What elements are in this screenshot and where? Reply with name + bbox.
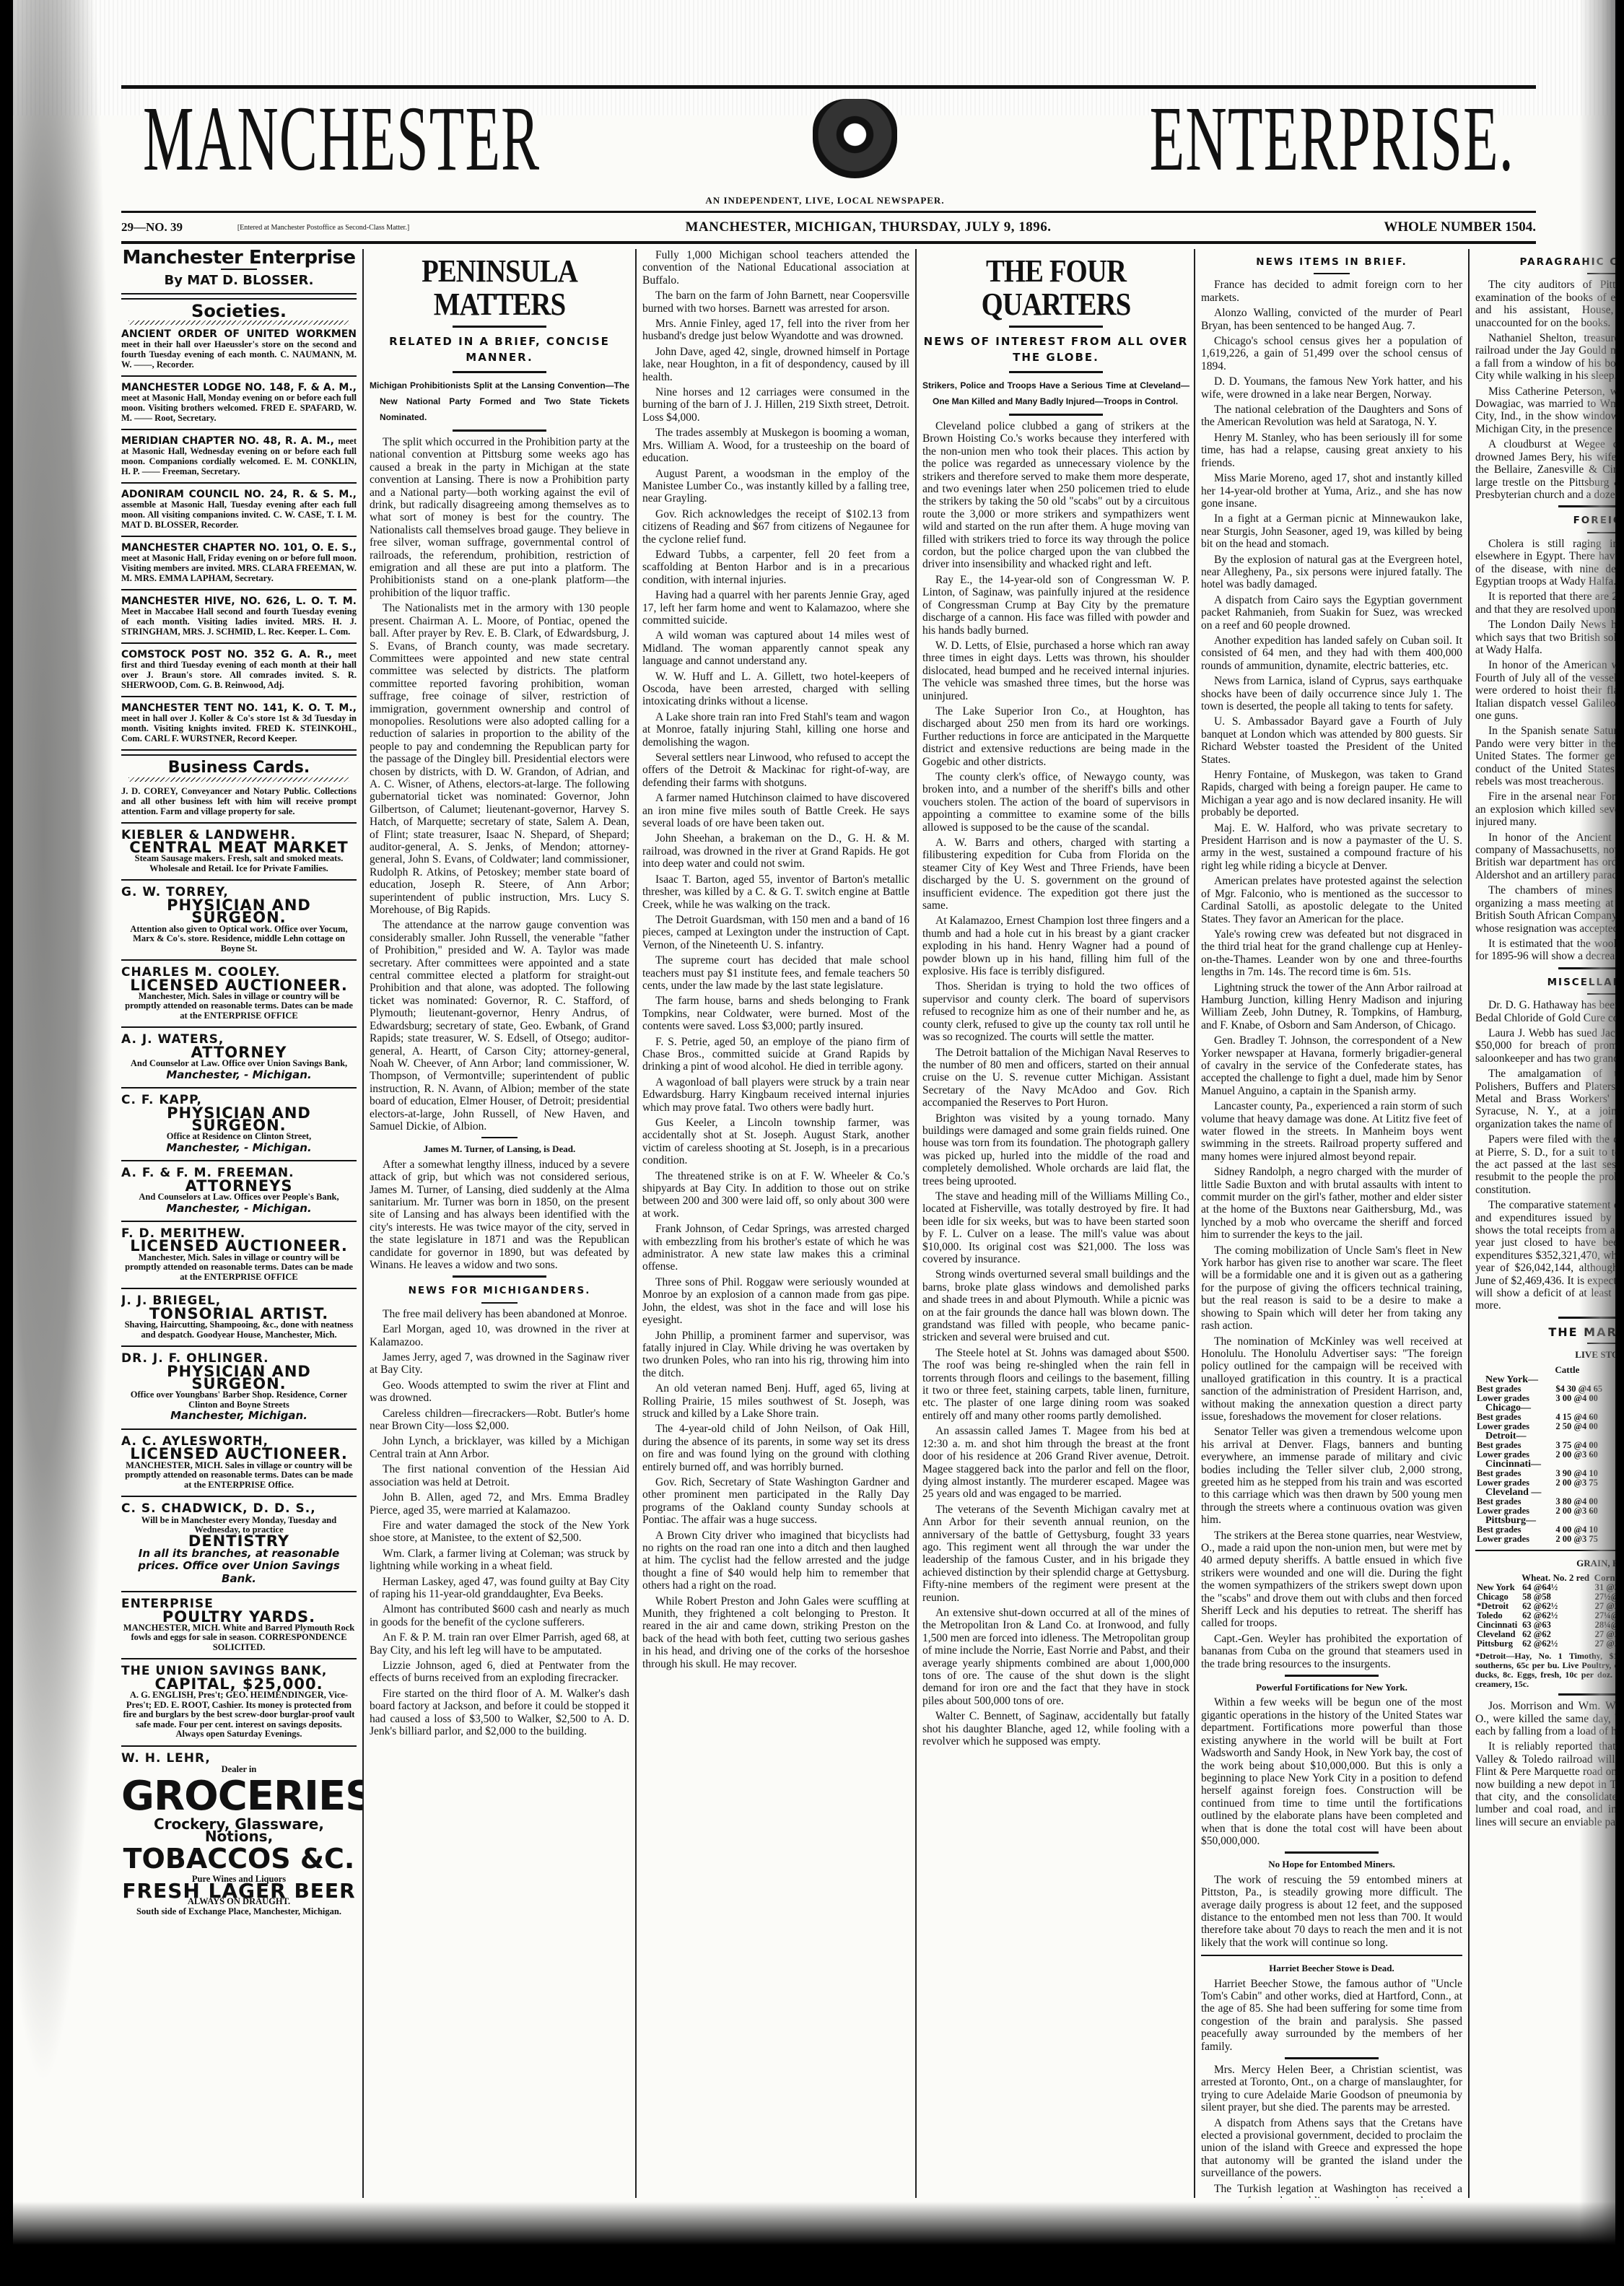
divider bbox=[1009, 371, 1103, 373]
society-text: Meet in Maccabee Hall second and fourth … bbox=[121, 606, 357, 637]
masthead: MANCHESTER ENTERPRISE. bbox=[143, 95, 1514, 178]
article-paragraph: The veterans of the Seventh Michigan cav… bbox=[922, 1504, 1189, 1604]
news-item: A farmer named Hutchinson claimed to hav… bbox=[642, 792, 909, 829]
news-item: Having had a quarrel with her parents Je… bbox=[642, 589, 909, 627]
news-item: Careless children—firecrackers—Robt. But… bbox=[370, 1408, 629, 1433]
table-cell: Lower grades bbox=[1475, 1394, 1554, 1403]
ad-location: Manchester, - Michigan. bbox=[121, 1203, 357, 1215]
article-heading: James M. Turner, of Lansing, is Dead. bbox=[370, 1143, 629, 1155]
society-notice: MERIDIAN CHAPTER NO. 48, R. A. M., meet … bbox=[121, 436, 357, 476]
news-items: Fully 1,000 Michigan school teachers att… bbox=[642, 249, 909, 1670]
news-item: Chicago's school census gives her a popu… bbox=[1201, 335, 1462, 372]
article-paragraph: A. W. Barrs and others, charged with sta… bbox=[922, 837, 1189, 912]
article-paragraph: Harriet Beecher Stowe, the famous author… bbox=[1201, 1978, 1462, 2053]
ad-headline: LICENSED AUCTIONEER. bbox=[121, 1448, 357, 1460]
news-item: Lizzie Johnson, aged 6, died at Pentwate… bbox=[370, 1659, 629, 1685]
news-item: The 4-year-old child of John Neilson, of… bbox=[642, 1423, 909, 1473]
news-item: Gus Keeler, a Lincoln township farmer, w… bbox=[642, 1117, 909, 1167]
ad-headline: CENTRAL MEAT MARKET bbox=[121, 842, 357, 854]
society-notice: MANCHESTER HIVE, NO. 626, L. O. T. M. Me… bbox=[121, 596, 357, 637]
divider bbox=[1285, 1851, 1379, 1854]
news-item: Earl Morgan, aged 10, was drowned in the… bbox=[370, 1323, 629, 1348]
news-items: Mrs. Mercy Helen Beer, a Christian scien… bbox=[1201, 2064, 1462, 2198]
news-item: Henry Fontaine, of Muskegon, was taken t… bbox=[1201, 769, 1462, 819]
news-item: W. W. Huff and L. A. Gillett, two hotel-… bbox=[642, 671, 909, 708]
ad-headline: FRESH LAGER BEER bbox=[121, 1885, 357, 1897]
business-card: J. J. BRIEGEL,TONSORIAL ARTIST.Shaving, … bbox=[121, 1295, 357, 1340]
news-item: A Brown City driver who imagined that bi… bbox=[642, 1530, 909, 1592]
news-item: Sidney Randolph, a negro charged with th… bbox=[1201, 1166, 1462, 1241]
article-heading: No Hope for Entombed Miners. bbox=[1201, 1858, 1462, 1870]
divider bbox=[121, 959, 357, 961]
news-item: The first national convention of the Hes… bbox=[370, 1463, 629, 1488]
news-item: In a fight at a German picnic at Minnewa… bbox=[1201, 512, 1462, 550]
ad-location: Manchester, Michigan. bbox=[121, 1410, 357, 1422]
news-item: Yale's rowing crew was defeated but not … bbox=[1201, 928, 1462, 979]
divider bbox=[453, 326, 546, 328]
article-body: Cleveland police clubbed a gang of strik… bbox=[922, 420, 1189, 1748]
news-items: The free mail delivery has been abandone… bbox=[370, 1308, 629, 1738]
ad-text: Manchester, Mich. Sales in village or co… bbox=[121, 992, 357, 1021]
news-item: American prelates have protested against… bbox=[1201, 875, 1462, 925]
ad-text: Notions, bbox=[121, 1831, 357, 1843]
news-item: The national celebration of the Daughter… bbox=[1201, 403, 1462, 429]
news-item: A dispatch from Athens says that the Cre… bbox=[1201, 2117, 1462, 2180]
ad-text: MANCHESTER, MICH. White and Barred Plymo… bbox=[121, 1623, 357, 1653]
news-item: Lightning struck the tower of the Ann Ar… bbox=[1201, 982, 1462, 1032]
divider bbox=[453, 1275, 546, 1278]
business-card: A. C. AYLESWORTH,LICENSED AUCTIONEER.MAN… bbox=[121, 1436, 357, 1490]
corey-card: J. D. COREY, Conveyancer and Notary Publ… bbox=[121, 786, 357, 816]
divider bbox=[121, 482, 357, 484]
section-heading: NEWS FOR MICHIGANDERS. bbox=[370, 1285, 629, 1297]
business-card: C. F. KAPP,PHYSICIAN AND SURGEON.Office … bbox=[121, 1094, 357, 1154]
ad-text: Manchester, Mich. Sales in village or co… bbox=[121, 1253, 357, 1283]
news-item: A wagonload of ball players were struck … bbox=[642, 1076, 909, 1114]
article-paragraph: At Kalamazoo, Ernest Champion lost three… bbox=[922, 915, 1189, 977]
article-body: The split which occurred in the Prohibit… bbox=[370, 436, 629, 1133]
table-cell: Best grades bbox=[1475, 1441, 1554, 1450]
society-name: ADONIRAM COUNCIL NO. 24, R. & S. M., bbox=[121, 489, 357, 500]
article-paragraph: Cleveland police clubbed a gang of strik… bbox=[922, 420, 1189, 571]
news-item: D. D. Youmans, the famous New York hatte… bbox=[1201, 375, 1462, 401]
column-four-quarters: THE FOUR QUARTERS NEWS OF INTEREST FROM … bbox=[915, 249, 1195, 2198]
table-cell: Best grades bbox=[1475, 1384, 1554, 1394]
news-item: Gen. Bradley T. Johnson, the corresponde… bbox=[1201, 1034, 1462, 1097]
divider bbox=[121, 642, 357, 644]
news-item: Mrs. Annie Finley, aged 17, fell into th… bbox=[642, 318, 909, 343]
business-card: CHARLES M. COOLEY.LICENSED AUCTIONEER.Ma… bbox=[121, 967, 357, 1021]
news-item: F. S. Petrie, aged 50, an employe of the… bbox=[642, 1036, 909, 1073]
news-item: Fully 1,000 Michigan school teachers att… bbox=[642, 249, 909, 287]
news-item: Gov. Rich acknowledges the receipt of $1… bbox=[642, 508, 909, 546]
ad-headline: ATTORNEYS bbox=[121, 1180, 357, 1192]
news-item: John Dave, aged 42, single, drowned hims… bbox=[642, 346, 909, 383]
news-item: John Lynch, a bricklayer, was killed by … bbox=[370, 1435, 629, 1460]
society-text: meet at Masonic Hall, Friday evening on … bbox=[121, 553, 357, 583]
article-paragraph: Within a few weeks will be begun one of … bbox=[1201, 1696, 1462, 1847]
ad-name: W. H. LEHR, bbox=[121, 1753, 357, 1765]
table-header bbox=[1475, 1572, 1521, 1583]
column-peninsula-matters: PENINSULA MATTERS RELATED IN A BRIEF, CO… bbox=[362, 249, 635, 2198]
ad-address: South side of Exchange Place, Manchester… bbox=[121, 1907, 357, 1917]
postoffice-notice: [Entered at Manchester Postoffice as Sec… bbox=[230, 224, 417, 232]
section-subheading: NEWS OF INTEREST FROM ALL OVER THE GLOBE… bbox=[922, 333, 1189, 365]
ad-headline: GROCERIES bbox=[121, 1775, 357, 1818]
business-cards-heading: Business Cards. bbox=[121, 762, 357, 774]
news-item: The free mail delivery has been abandone… bbox=[370, 1308, 629, 1320]
news-item: Senator Teller was given a tremendous we… bbox=[1201, 1426, 1462, 1526]
table-header bbox=[1475, 1364, 1554, 1375]
divider bbox=[121, 1345, 357, 1347]
article-paragraph: After a somewhat lengthy illness, induce… bbox=[370, 1159, 629, 1272]
society-notice: ANCIENT ORDER OF UNITED WORKMEN meet in … bbox=[121, 329, 357, 370]
whole-number: WHOLE NUMBER 1504. bbox=[1319, 219, 1536, 235]
news-item: The Turkish legation at Washington has r… bbox=[1201, 2183, 1462, 2198]
ad-text: And Counselor at Law. Office over Union … bbox=[121, 1059, 357, 1069]
news-item: Nine horses and 12 carriages were consum… bbox=[642, 386, 909, 424]
column-news-in-brief: NEWS ITEMS IN BRIEF. France has decided … bbox=[1194, 249, 1468, 2198]
table-cell: Lower grades bbox=[1475, 1506, 1554, 1516]
divider bbox=[121, 749, 357, 756]
news-item: The nomination of McKinley was well rece… bbox=[1201, 1335, 1462, 1423]
masthead-title-right: ENTERPRISE. bbox=[1150, 99, 1514, 178]
article-heading: Harriet Beecher Stowe is Dead. bbox=[1201, 1962, 1462, 1974]
table-cell: Best grades bbox=[1475, 1413, 1554, 1422]
ad-text: Attention also given to Optical work. Of… bbox=[121, 925, 357, 954]
section-subheading: RELATED IN A BRIEF, CONCISE MANNER. bbox=[370, 333, 629, 365]
table-cell: Lower grades bbox=[1475, 1478, 1554, 1488]
divider bbox=[1285, 2057, 1379, 2059]
divider bbox=[121, 1026, 357, 1028]
news-item: The strikers at the Berea stone quarries… bbox=[1201, 1530, 1462, 1630]
lehr-groceries-ad: W. H. LEHR, Dealer in GROCERIES Crockery… bbox=[121, 1753, 357, 1917]
article-paragraph: The Lake Superior Iron Co., at Houghton,… bbox=[922, 705, 1189, 768]
divider bbox=[121, 1160, 357, 1161]
divider bbox=[121, 1658, 357, 1659]
table-cell: Lower grades bbox=[1475, 1450, 1554, 1460]
society-notice: ADONIRAM COUNCIL NO. 24, R. & S. M., ass… bbox=[121, 489, 357, 530]
table-cell: Lower grades bbox=[1475, 1422, 1554, 1431]
divider bbox=[121, 429, 357, 430]
issue-date: MANCHESTER, MICHIGAN, THURSDAY, JULY 9, … bbox=[417, 219, 1319, 235]
ad-location: Manchester, - Michigan. bbox=[121, 1069, 357, 1081]
news-item: John B. Allen, aged 72, and Mrs. Emma Br… bbox=[370, 1491, 629, 1517]
business-card: G. W. TORREY,PHYSICIAN AND SURGEON.Atten… bbox=[121, 886, 357, 954]
section-heading: PENINSULA MATTERS bbox=[385, 255, 614, 321]
ad-text: And Counselors at Law. Offices over Peop… bbox=[121, 1192, 357, 1203]
news-item: While Robert Preston and John Gales were… bbox=[642, 1595, 909, 1670]
business-card: C. S. CHADWICK, D. D. S.,Will be in Manc… bbox=[121, 1503, 357, 1585]
ad-headline: PHYSICIAN AND SURGEON. bbox=[121, 1366, 357, 1391]
article-paragraph: The work of rescuing the 59 entombed min… bbox=[1201, 1874, 1462, 1949]
divider bbox=[121, 696, 357, 697]
paper-title: Manchester Enterprise bbox=[121, 252, 357, 264]
ad-text: MANCHESTER, MICH. Sales in village or co… bbox=[121, 1461, 357, 1491]
divider bbox=[121, 1288, 357, 1289]
dateline-top-rule bbox=[121, 211, 1536, 213]
news-item: Three sons of Phil. Roggaw were seriousl… bbox=[642, 1276, 909, 1327]
society-notice: MANCHESTER LODGE NO. 148, F. & A. M., me… bbox=[121, 383, 357, 423]
society-name: MANCHESTER CHAPTER NO. 101, O. E. S., bbox=[121, 542, 357, 554]
news-item: A wild woman was captured about 14 miles… bbox=[642, 629, 909, 667]
ad-headline: LICENSED AUCTIONEER. bbox=[121, 1240, 357, 1252]
section-heading: THE FOUR QUARTERS bbox=[938, 255, 1174, 321]
news-item: Henry M. Stanley, who has been seriously… bbox=[1201, 432, 1462, 469]
divider bbox=[121, 822, 357, 824]
society-notice: MANCHESTER TENT NO. 141, K. O. T. M., me… bbox=[121, 703, 357, 743]
business-card: ENTERPRISEPOULTRY YARDS.MANCHESTER, MICH… bbox=[121, 1598, 357, 1652]
page-edge bbox=[13, 2202, 1615, 2245]
table-cell: Best grades bbox=[1475, 1525, 1554, 1535]
news-item: John Phillip, a prominent farmer and sup… bbox=[642, 1330, 909, 1380]
society-name: MANCHESTER HIVE, NO. 626, L. O. T. M. bbox=[121, 596, 357, 607]
society-name: COMSTOCK POST NO. 352 G. A. R., bbox=[121, 649, 338, 660]
ad-location: Manchester, - Michigan. bbox=[121, 1142, 357, 1154]
publisher-name: By MAT D. BLOSSER. bbox=[121, 274, 357, 287]
news-item: By the explosion of natural gas at the E… bbox=[1201, 554, 1462, 591]
ad-headline: PHYSICIAN AND SURGEON. bbox=[121, 1107, 357, 1133]
dateline-bottom-rule bbox=[121, 241, 1536, 244]
business-card: THE UNION SAVINGS BANK,CAPITAL, $25,000.… bbox=[121, 1665, 357, 1739]
news-item: Miss Marie Moreno, aged 17, shot and ins… bbox=[1201, 472, 1462, 510]
ad-location: In all its branches, at reasonable price… bbox=[121, 1548, 357, 1585]
news-item: A Lake shore train ran into Fred Stahl's… bbox=[642, 711, 909, 749]
news-item: The supreme court has decided that male … bbox=[642, 954, 909, 992]
news-item: The trades assembly at Muskegon is boomi… bbox=[642, 427, 909, 464]
newspaper-page: MANCHESTER ENTERPRISE. AN INDEPENDENT, L… bbox=[13, 0, 1615, 2245]
news-item: An F. & P. M. train ran over Elmer Parri… bbox=[370, 1631, 629, 1657]
divider bbox=[481, 1137, 518, 1138]
section-heading: NEWS ITEMS IN BRIEF. bbox=[1201, 256, 1462, 269]
business-card: KIEBLER & LANDWEHR.CENTRAL MEAT MARKETSt… bbox=[121, 829, 357, 874]
news-item: Herman Laskey, aged 47, was found guilty… bbox=[370, 1576, 629, 1601]
news-item: The Detroit Guardsman, with 150 men and … bbox=[642, 914, 909, 951]
dateline-bar: 29—NO. 39 [Entered at Manchester Postoff… bbox=[121, 217, 1536, 238]
ad-headline: CAPITAL, $25,000. bbox=[121, 1678, 357, 1690]
news-item: The farm house, barns and sheds belongin… bbox=[642, 995, 909, 1032]
paper-damage-right bbox=[1579, 0, 1615, 2245]
business-cards-list: KIEBLER & LANDWEHR.CENTRAL MEAT MARKETSt… bbox=[121, 829, 357, 1747]
divider bbox=[121, 1087, 357, 1089]
article-paragraph: An extensive shut-down occurred at all o… bbox=[922, 1607, 1189, 1707]
table-cell: Lower grades bbox=[1475, 1535, 1554, 1544]
news-item: The threatened strike is on at F. W. Whe… bbox=[642, 1170, 909, 1221]
news-item: Mrs. Mercy Helen Beer, a Christian scien… bbox=[1201, 2064, 1462, 2114]
divider bbox=[453, 371, 546, 373]
ad-text: Shaving, Haircutting, Shampooing, &c., d… bbox=[121, 1320, 357, 1340]
divider bbox=[221, 269, 257, 270]
article-paragraph: Thos. Sheridan is trying to hold the two… bbox=[922, 980, 1189, 1043]
ad-text: A. G. ENGLISH, Pres't; GEO. HEIMENDINGER… bbox=[121, 1690, 357, 1740]
ad-headline: POULTRY YARDS. bbox=[121, 1611, 357, 1623]
article-paragraph: Walter C. Bennett, of Saginaw, accidenta… bbox=[922, 1710, 1189, 1748]
article-deck: Michigan Prohibitionists Split at the La… bbox=[370, 378, 629, 425]
ad-headline: DENTISTRY bbox=[121, 1535, 357, 1548]
business-card: DR. J. F. OHLINGER.PHYSICIAN AND SURGEON… bbox=[121, 1353, 357, 1423]
table-cell: Best grades bbox=[1475, 1469, 1554, 1478]
news-item: Gov. Rich, Secretary of State Washington… bbox=[642, 1476, 909, 1527]
divider bbox=[1009, 414, 1103, 416]
business-card: F. D. MERITHEW.LICENSED AUCTIONEER.Manch… bbox=[121, 1228, 357, 1282]
society-notice: COMSTOCK POST NO. 352 G. A. R., meet fir… bbox=[121, 650, 357, 690]
column-michigan-news: Fully 1,000 Michigan school teachers att… bbox=[635, 249, 915, 2198]
article-paragraph: W. D. Letts, of Elsie, purchased a horse… bbox=[922, 640, 1189, 702]
masthead-title-left: MANCHESTER bbox=[143, 99, 540, 178]
divider bbox=[121, 293, 357, 300]
divider bbox=[121, 1591, 357, 1592]
divider bbox=[121, 1496, 357, 1497]
news-item: An old veteran named Benj. Huff, aged 65… bbox=[642, 1382, 909, 1420]
article-paragraph: The Detroit battalion of the Michigan Na… bbox=[922, 1047, 1189, 1109]
society-text: meet at Masonic Hall, Monday evening on … bbox=[121, 393, 357, 423]
news-item: August Parent, a woodsman in the employ … bbox=[642, 468, 909, 505]
news-item: Another expedition has landed safely on … bbox=[1201, 634, 1462, 672]
article-paragraph: An assassin called James T. Magee from h… bbox=[922, 1425, 1189, 1500]
ad-headline: ATTORNEY bbox=[121, 1047, 357, 1059]
divider bbox=[121, 375, 357, 377]
divider bbox=[481, 1302, 518, 1304]
ad-headline: TOBACCOS &C. bbox=[121, 1843, 357, 1875]
divider bbox=[1314, 273, 1350, 274]
news-item: The barn on the farm of John Barnett, ne… bbox=[642, 289, 909, 315]
divider bbox=[1285, 1675, 1379, 1677]
divider bbox=[121, 1221, 357, 1222]
article-deck: Strikers, Police and Troops Have a Serio… bbox=[922, 378, 1189, 409]
divider bbox=[1201, 1955, 1462, 1956]
michigan-seal-icon bbox=[813, 99, 897, 178]
article-paragraph: Ray E., the 14-year-old son of Congressm… bbox=[922, 574, 1189, 637]
news-item: A dispatch from Cairo says the Egyptian … bbox=[1201, 594, 1462, 632]
article-paragraph: The split which occurred in the Prohibit… bbox=[370, 436, 629, 599]
news-item: Fire started on the third floor of A. M.… bbox=[370, 1688, 629, 1738]
ad-headline: PHYSICIAN AND SURGEON. bbox=[121, 899, 357, 925]
divider bbox=[121, 589, 357, 590]
news-item: Edward Tubbs, a carpenter, fell 20 feet … bbox=[642, 549, 909, 586]
column-directory: Manchester Enterprise By MAT D. BLOSSER.… bbox=[121, 249, 362, 2198]
volume-number: 29—NO. 39 bbox=[121, 220, 230, 235]
society-text: meet in hall over J. Koller & Co's store… bbox=[121, 713, 357, 743]
news-item: The coming mobilization of Uncle Sam's f… bbox=[1201, 1244, 1462, 1332]
masthead-tagline: AN INDEPENDENT, LIVE, LOCAL NEWSPAPER. bbox=[13, 195, 1615, 206]
news-item: James Jerry, aged 7, was drowned in the … bbox=[370, 1351, 629, 1377]
news-item: Several settlers near Linwood, who refus… bbox=[642, 751, 909, 789]
ornament bbox=[128, 320, 349, 325]
societies-heading: Societies. bbox=[121, 305, 357, 318]
society-name: MANCHESTER TENT NO. 141, K. O. T. M., bbox=[121, 702, 357, 714]
society-name: MANCHESTER LODGE NO. 148, F. & A. M., bbox=[121, 382, 357, 393]
news-item: Frank Johnson, of Cedar Springs, was arr… bbox=[642, 1223, 909, 1273]
table-cell: Best grades bbox=[1475, 1497, 1554, 1506]
news-items: France has decided to admit foreign corn… bbox=[1201, 279, 1462, 1670]
news-item: John Sheehan, a brakeman on the D., G. H… bbox=[642, 832, 909, 870]
divider bbox=[121, 536, 357, 537]
news-item: Isaac T. Barton, aged 55, inventor of Ba… bbox=[642, 873, 909, 911]
ad-text: Office over Youngbans' Barber Shop. Resi… bbox=[121, 1390, 357, 1410]
news-item: U. S. Ambassador Bayard gave a Fourth of… bbox=[1201, 715, 1462, 766]
ornament bbox=[128, 777, 349, 782]
ad-headline: LICENSED AUCTIONEER. bbox=[121, 980, 357, 992]
news-item: Lancaster county, Pa., experienced a rai… bbox=[1201, 1100, 1462, 1163]
article-paragraph: The attendance at the narrow gauge conve… bbox=[370, 919, 629, 1133]
article-paragraph: The county clerk's office, of Newaygo co… bbox=[922, 771, 1189, 834]
divider bbox=[121, 1428, 357, 1430]
article-paragraph: The stave and heading mill of the Willia… bbox=[922, 1190, 1189, 1265]
news-item: Fire and water damaged the stock of the … bbox=[370, 1519, 629, 1545]
society-name: ANCIENT ORDER OF UNITED WORKMEN bbox=[121, 328, 357, 340]
society-text: meet in their hall over Haeussler's stor… bbox=[121, 339, 357, 370]
news-item: Capt.-Gen. Weyler has prohibited the exp… bbox=[1201, 1633, 1462, 1670]
article-paragraph: The Nationalists met in the armory with … bbox=[370, 602, 629, 916]
business-card: A. J. WATERS,ATTORNEYAnd Counselor at La… bbox=[121, 1034, 357, 1081]
news-item: Wm. Clark, a farmer living at Coleman; w… bbox=[370, 1548, 629, 1573]
news-item: Maj. E. W. Halford, who was private secr… bbox=[1201, 822, 1462, 873]
columns: Manchester Enterprise By MAT D. BLOSSER.… bbox=[121, 249, 1536, 2212]
news-item: Geo. Woods attempted to swim the river a… bbox=[370, 1379, 629, 1405]
divider bbox=[121, 879, 357, 881]
society-text: assemble at Masonic Hall, Tuesday evenin… bbox=[121, 499, 357, 530]
ad-name: C. S. CHADWICK, D. D. S., bbox=[121, 1503, 357, 1515]
divider bbox=[453, 429, 546, 432]
paper-damage-left bbox=[13, 0, 114, 2093]
divider bbox=[1009, 326, 1103, 328]
article-paragraph: The Steele hotel at St. Johns was damage… bbox=[922, 1347, 1189, 1422]
news-item: France has decided to admit foreign corn… bbox=[1201, 279, 1462, 304]
news-item: Almont has contributed $600 cash and nea… bbox=[370, 1603, 629, 1628]
society-name: MERIDIAN CHAPTER NO. 48, R. A. M., bbox=[121, 435, 338, 447]
societies-list: ANCIENT ORDER OF UNITED WORKMEN meet in … bbox=[121, 329, 357, 743]
article-paragraph: Strong winds overturned several small bu… bbox=[922, 1268, 1189, 1343]
news-item: Alonzo Walling, convicted of the murder … bbox=[1201, 307, 1462, 332]
ad-text: Steam Sausage makers. Fresh, salt and sm… bbox=[121, 854, 357, 873]
table-cell: Pittsburg bbox=[1475, 1639, 1521, 1649]
business-card: A. F. & F. M. FREEMAN.ATTORNEYSAnd Couns… bbox=[121, 1167, 357, 1215]
society-notice: MANCHESTER CHAPTER NO. 101, O. E. S., me… bbox=[121, 543, 357, 583]
news-item: News from Larnica, island of Cyprus, say… bbox=[1201, 675, 1462, 712]
divider bbox=[121, 1745, 357, 1747]
article-heading: Powerful Fortifications for New York. bbox=[1201, 1681, 1462, 1693]
ad-headline: TONSORIAL ARTIST. bbox=[121, 1308, 357, 1320]
article-paragraph: Brighton was visited by a young tornado.… bbox=[922, 1112, 1189, 1187]
ad-text: Office at Residence on Clinton Street, bbox=[121, 1132, 357, 1142]
